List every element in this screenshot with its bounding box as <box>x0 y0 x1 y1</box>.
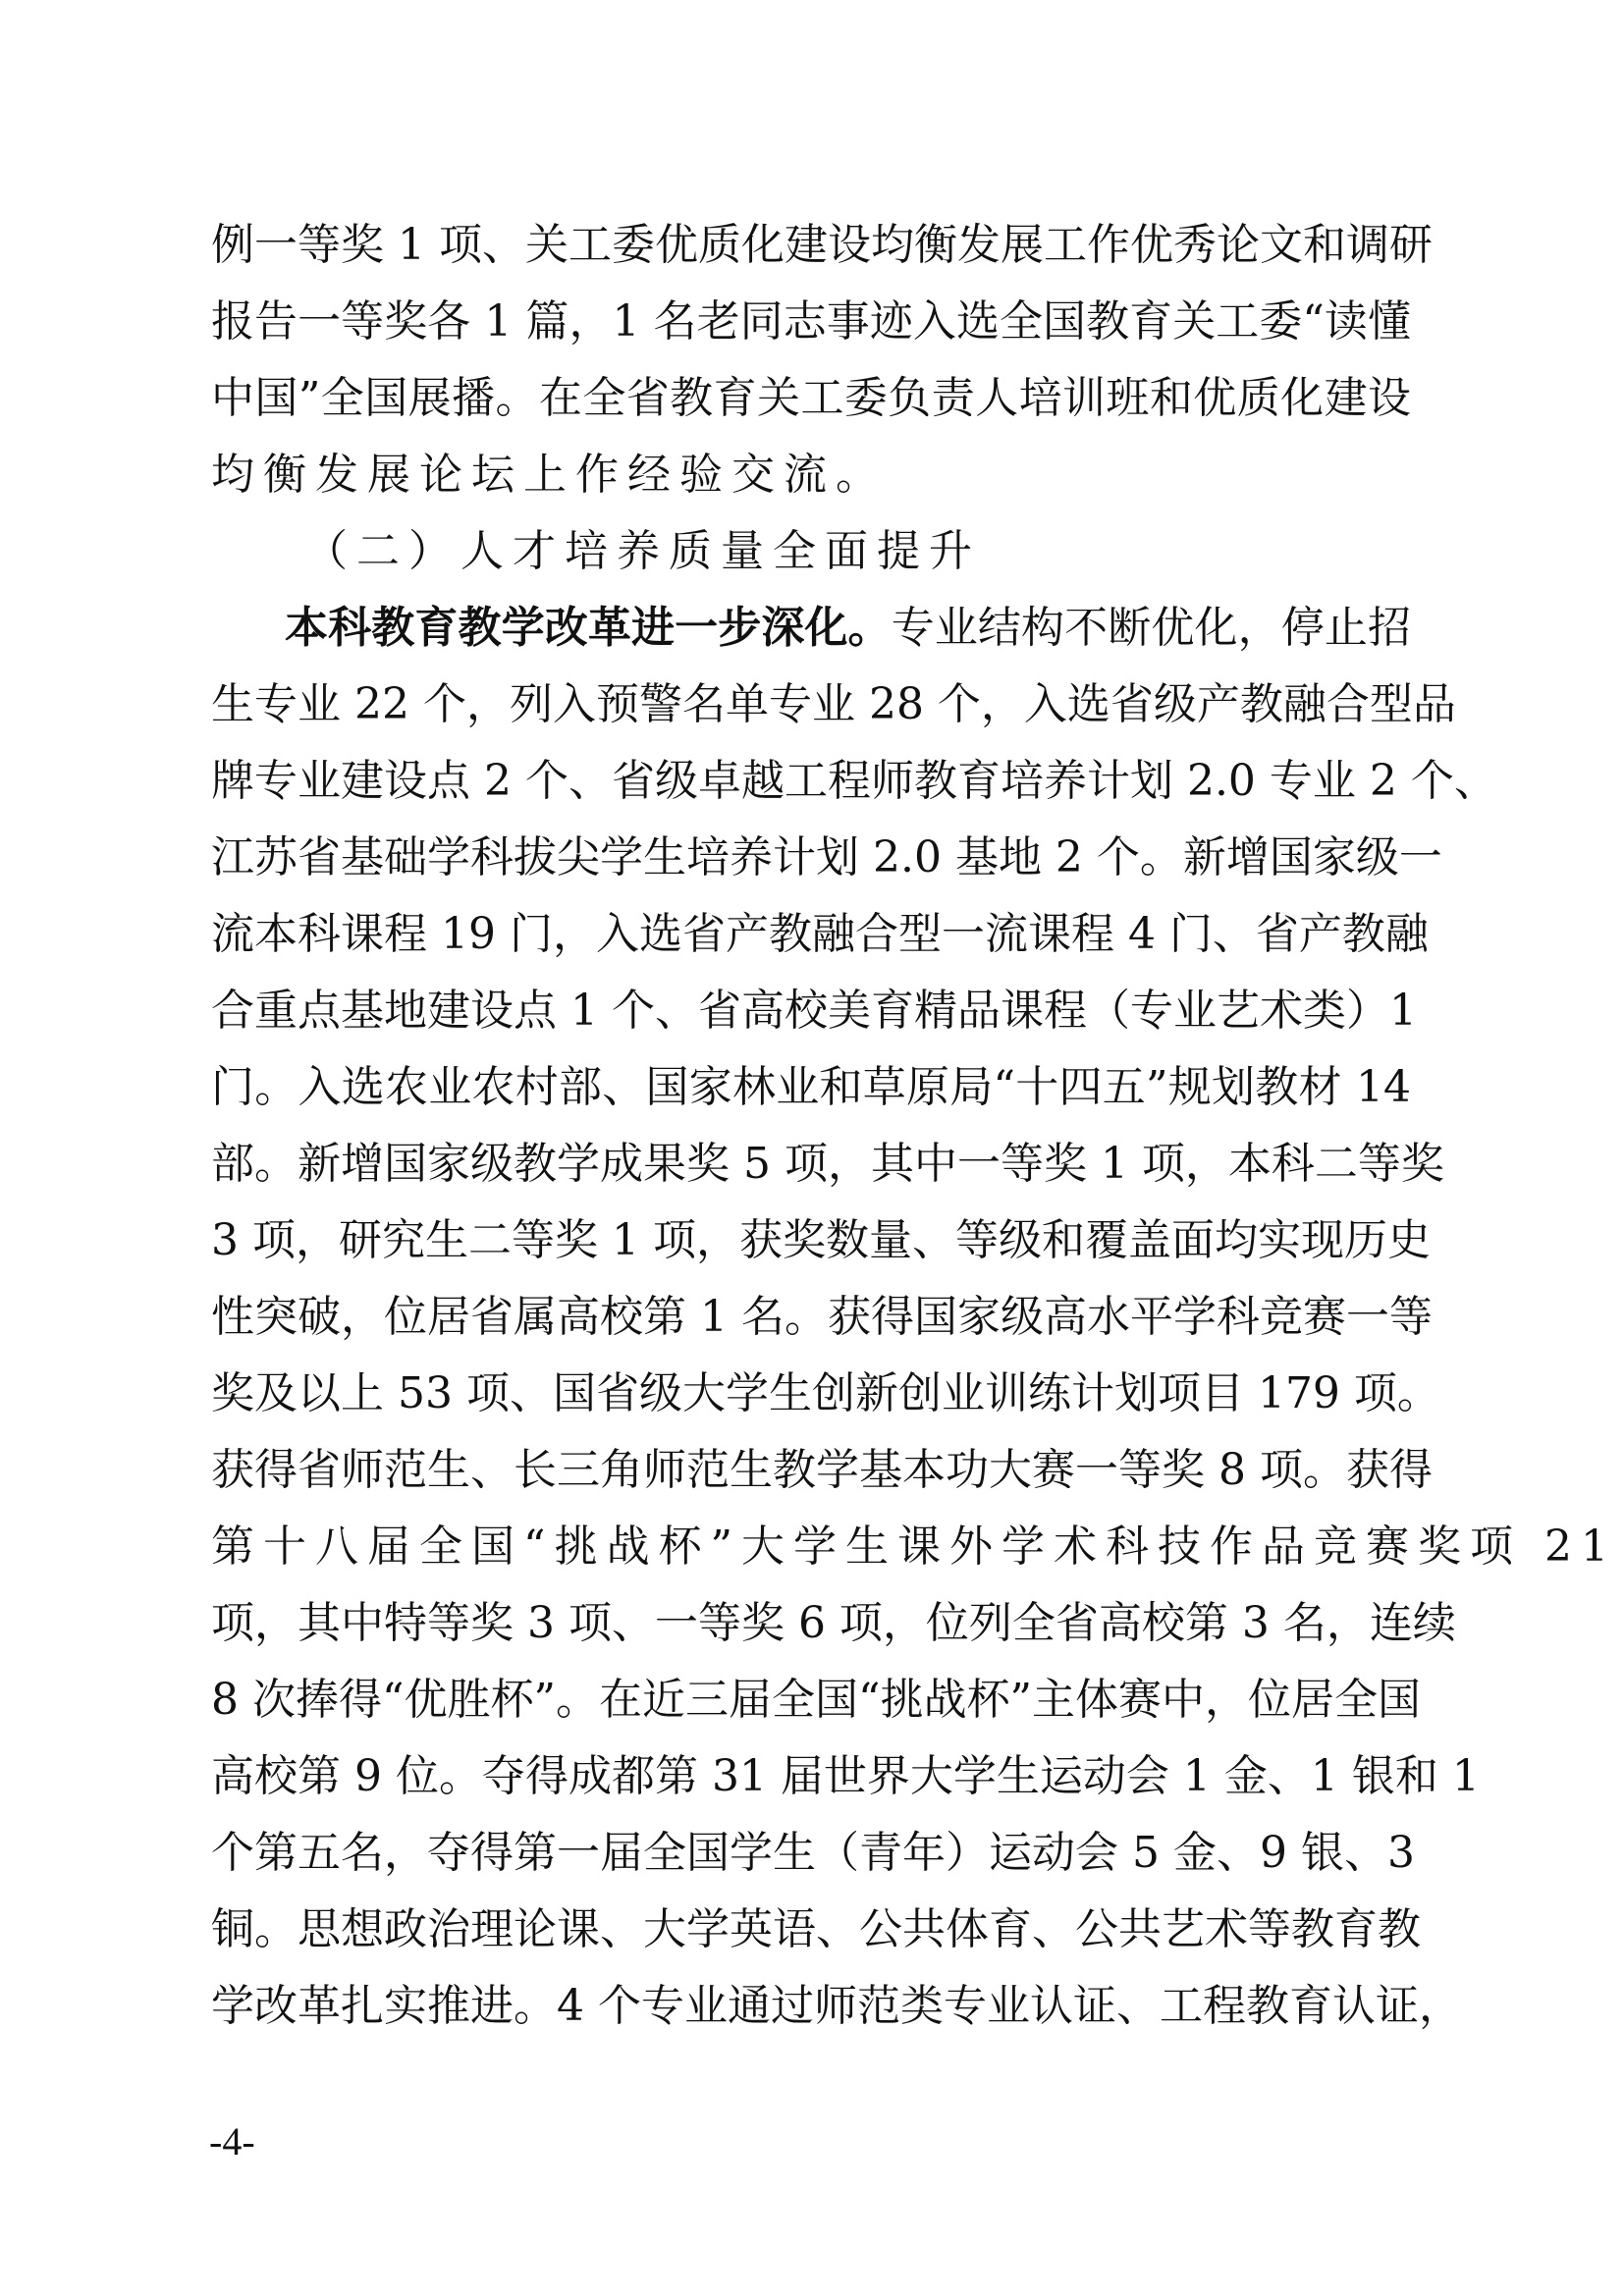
text-line: 流本科课程 19 门，入选省产教融合型一流课程 4 门、省产教融 <box>211 896 1411 973</box>
page-number: -4- <box>209 2118 255 2164</box>
text-line: 奖及以上 53 项、国省级大学生创新创业训练计划项目 179 项。 <box>211 1356 1411 1432</box>
text-line: 3 项，研究生二等奖 1 项，获奖数量、等级和覆盖面均实现历史 <box>211 1202 1411 1279</box>
text-line: 8 次捧得“优胜杯”。在近三届全国“挑战杯”主体赛中，位居全国 <box>211 1662 1411 1738</box>
text-line: 个第五名，夺得第一届全国学生（青年）运动会 5 金、9 银、3 <box>211 1815 1411 1892</box>
text-line: 中国”全国展播。在全省教育关工委负责人培训班和优质化建设 <box>211 360 1411 437</box>
text-line: 部。新增国家级教学成果奖 5 项，其中一等奖 1 项，本科二等奖 <box>211 1126 1411 1202</box>
text-line: 铜。思想政治理论课、大学英语、公共体育、公共艺术等教育教 <box>211 1892 1411 1968</box>
text-line: 例一等奖 1 项、关工委优质化建设均衡发展工作优秀论文和调研 <box>211 207 1411 284</box>
text-line: 门。入选农业农村部、国家林业和草原局“十四五”规划教材 14 <box>211 1049 1411 1126</box>
paragraph-first-line-rest: 专业结构不断优化，停止招 <box>892 603 1411 653</box>
text-line: 合重点基地建设点 1 个、省高校美育精品课程（专业艺术类）1 <box>211 973 1411 1049</box>
text-line: 生专业 22 个，列入预警名单专业 28 个，入选省级产教融合型品 <box>211 667 1411 743</box>
text-line: 项，其中特等奖 3 项、一等奖 6 项，位列全省高校第 3 名，连续 <box>211 1585 1411 1662</box>
text-line: 高校第 9 位。夺得成都第 31 届世界大学生运动会 1 金、1 银和 1 <box>211 1738 1411 1815</box>
text-line: 第十八届全国“挑战杯”大学生课外学术科技作品竞赛奖项 21 <box>211 1509 1411 1585</box>
paragraph-lead-bold: 本科教育教学改革进一步深化。 <box>285 603 892 653</box>
paragraph-first-line: 本科教育教学改革进一步深化。专业结构不断优化，停止招 <box>285 590 1411 667</box>
document-page: 例一等奖 1 项、关工委优质化建设均衡发展工作优秀论文和调研 报告一等奖各 1 … <box>0 0 1624 2296</box>
text-line: 江苏省基础学科拔尖学生培养计划 2.0 基地 2 个。新增国家级一 <box>211 820 1411 896</box>
section-heading: （二）人才培养质量全面提升 <box>304 513 981 590</box>
text-line: 学改革扎实推进。4 个专业通过师范类专业认证、工程教育认证， <box>211 1968 1411 2045</box>
text-line: 报告一等奖各 1 篇，1 名老同志事迹入选全国教育关工委“读懂 <box>211 284 1411 360</box>
text-line: 性突破，位居省属高校第 1 名。获得国家级高水平学科竞赛一等 <box>211 1279 1411 1356</box>
text-line: 均衡发展论坛上作经验交流。 <box>211 437 1411 513</box>
text-line: 获得省师范生、长三角师范生教学基本功大赛一等奖 8 项。获得 <box>211 1432 1411 1509</box>
text-line: 牌专业建设点 2 个、省级卓越工程师教育培养计划 2.0 专业 2 个、 <box>211 743 1411 820</box>
